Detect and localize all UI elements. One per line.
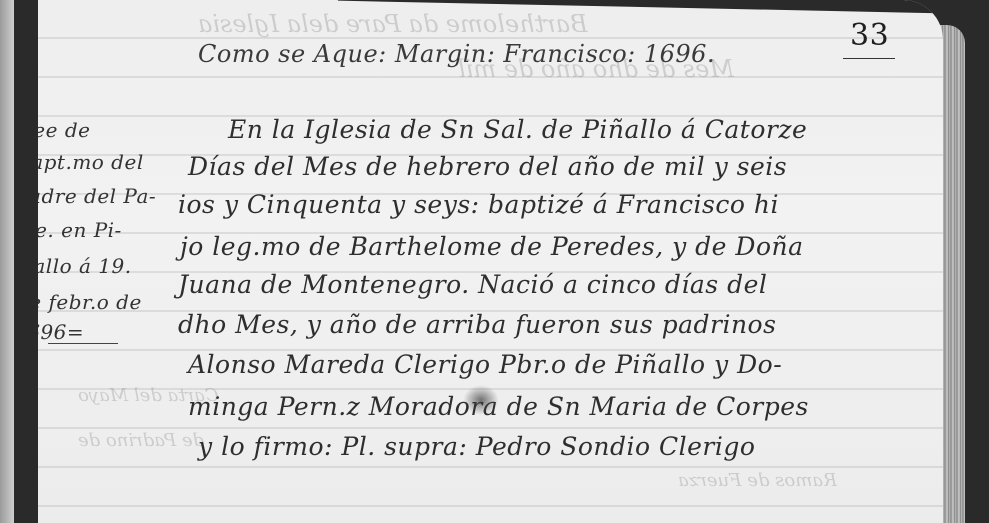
- previous-page-edge: [0, 0, 14, 523]
- bleed-through-text: de Padrino de: [78, 430, 204, 451]
- margin-note-line: 1696=: [38, 320, 84, 344]
- margin-divider: [48, 343, 118, 344]
- record-line: Días del Mes de hebrero del año de mil y…: [188, 152, 787, 181]
- margin-note-line: Padre del Pa-: [38, 184, 156, 208]
- record-line: jo leg.mo de Barthelome de Peredes, y de…: [180, 232, 804, 261]
- margin-note-line: de febr.o de: [38, 290, 142, 314]
- record-line: Alonso Mareda Clerigo Pbr.o de Piñallo y…: [188, 350, 782, 379]
- manuscript-page: Barthelome da Pare dela Iglesia Mes de d…: [38, 0, 943, 523]
- bleed-through-text: Barthelome da Pare dela Iglesia: [198, 10, 588, 38]
- manuscript-photo: Barthelome da Pare dela Iglesia Mes de d…: [0, 0, 989, 523]
- record-line: y lo firmo: Pl. supra: Pedro Sondio Cler…: [198, 432, 755, 461]
- record-line: dho Mes, y año de arriba fueron sus padr…: [178, 310, 776, 339]
- folio-number: 33: [850, 18, 889, 53]
- margin-note-line: Bapt.mo del: [38, 150, 144, 174]
- page-heading: Como se Aque: Margin: Francisco: 1696.: [198, 40, 715, 68]
- folio-underline: [843, 58, 895, 59]
- margin-note-line: tte. en Pi-: [38, 218, 122, 242]
- bleed-through-text: Ramos de Fuerza: [678, 470, 837, 491]
- record-line: Juana de Montenegro. Nació a cinco días …: [178, 270, 767, 299]
- margin-note-line: Fee de: [38, 118, 90, 142]
- ink-blot: [463, 385, 499, 415]
- record-line: En la Iglesia de Sn Sal. de Piñallo á Ca…: [228, 115, 807, 144]
- record-line: ios y Cinquenta y seys: baptizé á Franci…: [178, 190, 779, 219]
- margin-note-line: ñallo á 19.: [38, 254, 132, 278]
